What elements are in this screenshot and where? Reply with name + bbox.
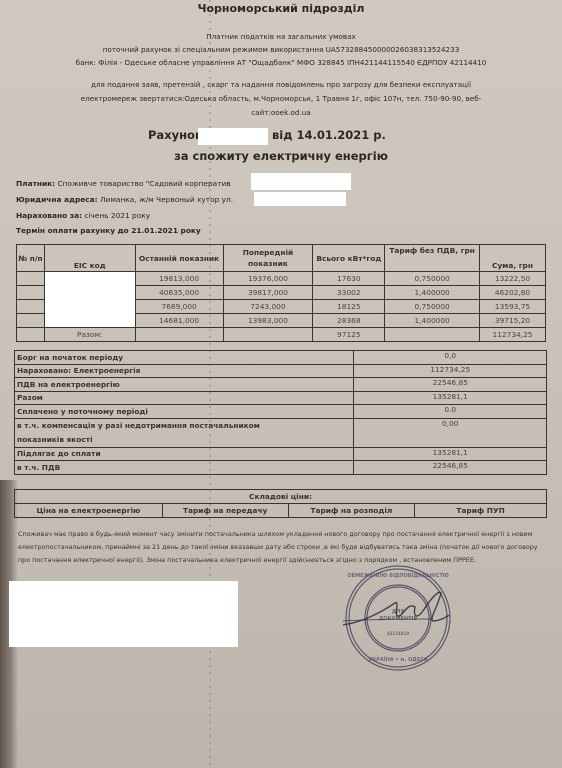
summary-row: в т.ч. ПДВ22546,85 [15,461,547,475]
payer-line: Платник: Споживче товариство "Садовий кo… [16,179,231,188]
cell-sum: 13593,75 [480,300,546,314]
payer-label: Платник: [16,179,55,188]
cell-prev: 19376,000 [223,272,313,286]
redacted-eic [44,272,135,328]
total-label: Разом: [44,328,135,342]
col-header-kwh: Всього кВт*год [313,245,385,272]
summary-row: ПДВ на електроенергію22546,85 [15,378,547,392]
col-header-last: Останній показник [135,245,223,272]
summary-row: Разом135281,1 [15,391,547,405]
col-header-tariff: Тариф без ПДВ, грн [385,245,480,272]
cell-last: 7689,000 [135,300,223,314]
invoice-label: Рахунок [148,128,203,142]
company-stamp-icon: ДЛЯ ДОКУМЕНТІВ 42114410 УКРАЇНА • м. ОДЕ… [343,563,453,673]
summary-row: в т.ч. компенсація у разі недотримання п… [15,418,547,447]
cell-last: 19813,000 [135,272,223,286]
period-line: Нараховано за: січень 2021 року [16,211,150,220]
col-header-eic: EIC код [44,245,135,272]
period-value: січень 2021 року [84,211,150,220]
cell-no [17,272,45,286]
cell-prev: 13983,000 [223,314,313,328]
summary-label: в т.ч. компенсація у разі недотримання п… [15,418,354,447]
col-header-no: № п/п [17,245,45,272]
department-title: Чорноморський підрозділ [0,2,562,15]
svg-text:УКРАЇНА • м. ОДЕСА: УКРАЇНА • м. ОДЕСА [368,656,428,663]
svg-text:ОБМЕЖЕНОЮ ВІДПОВІДАЛЬНІСТЮ: ОБМЕЖЕНОЮ ВІДПОВІДАЛЬНІСТЮ [347,573,449,579]
summary-label: Разом [15,391,354,405]
cell-kwh: 17630 [313,272,385,286]
period-label: Нараховано за: [16,211,82,220]
cell-last: 14681,000 [135,314,223,328]
price-component: Тариф на розподіл [288,504,415,518]
cell-no [17,300,45,314]
price-components-table: Складові ціни: Ціна на електроенергію Та… [14,489,547,518]
summary-value: 112734,25 [354,364,547,378]
col-header-sum: Сума, грн [480,245,546,272]
table-row: 19813,000 19376,000 17630 0,750000 13222… [17,272,546,286]
cell-no [17,286,45,300]
summary-value: 22546,85 [354,461,547,475]
summary-row: Борг на початок періоду0,0 [15,351,547,365]
total-kwh: 97125 [313,328,385,342]
tax-status: Платник податків на загальних умовах [0,30,562,43]
summary-row: Сплачено у поточному періоді0.0 [15,405,547,419]
footer-note: Споживач має право в будь-який момент ча… [18,528,546,567]
cell-kwh: 28368 [313,314,385,328]
summary-value: 0,00 [354,418,547,447]
cell-kwh: 18125 [313,300,385,314]
redacted-payer-name [251,173,351,190]
cell-sum: 39715,20 [480,314,546,328]
summary-label: Борг на початок періоду [15,351,354,365]
price-component: Тариф на передачу [162,504,288,518]
cell-tariff: 0,750000 [385,300,480,314]
invoice-subtitle: за спожиту електричну енергію [0,149,562,163]
contact-line-3: сайт:ooek.od.ua [0,106,562,119]
svg-text:42114410: 42114410 [387,631,409,636]
price-component: Ціна на електроенергію [15,504,163,518]
contact-line-1: для подання заяв, претензій , скарг та н… [0,78,562,91]
account-line: поточний рахунок зі спеціальним режимом … [0,43,562,56]
cell-empty [385,328,480,342]
contact-line-2: електромереж звертатися:Одеська область,… [0,92,562,105]
cell-prev: 39817,000 [223,286,313,300]
payer-value: Споживче товариство "Садовий кoрпeратив [58,179,231,188]
table-header-row: № п/п EIC код Останній показник Попередн… [17,245,546,272]
summary-label: Нараховано: Електроенергія [15,364,354,378]
cell-kwh: 33002 [313,286,385,300]
summary-value: 135281,1 [354,391,547,405]
price-component: Тариф ПУП [415,504,547,518]
redacted-signature-block [9,581,238,647]
address-line: Юридична адреса: Лиманка, ж/м Червоный х… [16,195,233,204]
cell-sum: 13222,50 [480,272,546,286]
col-header-prev: Попередній показник [223,245,313,272]
cell-sum: 46202,80 [480,286,546,300]
summary-label: ПДВ на електроенергію [15,378,354,392]
cell-empty [17,328,45,342]
redacted-invoice-number [198,128,268,145]
summary-value: 0,0 [354,351,547,365]
summary-value: 0.0 [354,405,547,419]
summary-row: Нараховано: Електроенергія112734,25 [15,364,547,378]
summary-label: в т.ч. ПДВ [15,461,354,475]
cell-no [17,314,45,328]
invoice-date: від 14.01.2021 р. [272,128,386,142]
address-value: Лиманка, ж/м Червоный хутор ул. [100,195,233,204]
total-sum: 112734,25 [480,328,546,342]
summary-row: Підлягає до сплати135281,1 [15,447,547,461]
cell-tariff: 1,400000 [385,286,480,300]
bank-line: банк: Філія - Одеське обласне управління… [0,56,562,69]
cell-tariff: 1,400000 [385,314,480,328]
consumption-table: № п/п EIC код Останній показник Попередн… [16,244,546,342]
price-components-title: Складові ціни: [15,490,547,504]
summary-table: Борг на початок періоду0,0 Нараховано: Е… [14,350,547,475]
due-date: Термін оплати рахунку до 21.01.2021 року [16,226,201,235]
address-label: Юридична адреса: [16,195,98,204]
cell-empty [135,328,223,342]
summary-label: Підлягає до сплати [15,447,354,461]
summary-value: 135281,1 [354,447,547,461]
cell-last: 40635,000 [135,286,223,300]
cell-empty [223,328,313,342]
cell-tariff: 0,750000 [385,272,480,286]
summary-value: 22546,85 [354,378,547,392]
summary-label: Сплачено у поточному періоді [15,405,354,419]
cell-prev: 7243,000 [223,300,313,314]
redacted-address [254,192,346,206]
total-row: Разом: 97125 112734,25 [17,328,546,342]
